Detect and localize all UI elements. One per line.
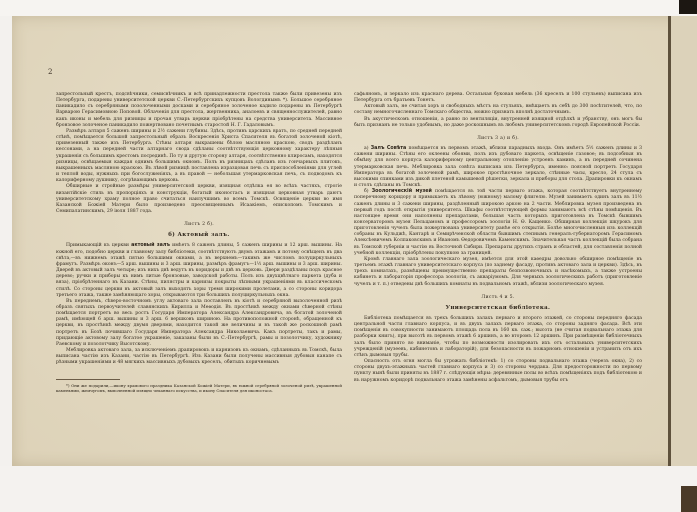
paragraph: б) Зоологическій музей помѣщается въ той… [354, 189, 642, 257]
paragraph: Опасность отъ огня могла бы угрожать биб… [354, 359, 642, 384]
paragraph: Примыкающій къ церкви актовый залъ имѣет… [56, 243, 342, 298]
section-heading: б) Актовый залъ. [56, 232, 342, 238]
plate-caption: Листъ 4 и 5. [354, 295, 642, 301]
text-run: помѣщается въ той части перваго этажа, к… [354, 189, 642, 256]
text-run: имѣетъ 8 саженъ длины, 5 саженъ ширины и… [56, 243, 342, 297]
section-heading: Университетская библіотека. [354, 305, 642, 311]
right-text-column: сафьяномъ, и зеркало изъ краснаго дерева… [354, 92, 642, 384]
paragraph: а) Залъ Совѣта помѣщается въ первомъ эта… [354, 146, 642, 189]
footnote: *) Они же подарили,—икону храмового праз… [56, 383, 342, 393]
page-number: 2 [48, 68, 52, 76]
paragraph: сафьяномъ, и зеркало изъ краснаго дерева… [354, 92, 642, 104]
paragraph: Кромѣ главнаго зала зоологическаго музея… [354, 257, 642, 288]
bold-term: Зоологическій музей [372, 189, 432, 194]
scan-top-margin [0, 0, 697, 16]
bold-term: Залъ Совѣта [371, 146, 407, 151]
paragraph: Меблировка актоваго зала, за исключеніем… [56, 348, 342, 366]
paragraph: Актовый залъ, не считая хоръ и свободных… [354, 104, 642, 116]
paragraph: Въ акустическомъ отношеніи, а равно по в… [354, 117, 642, 129]
text-run: Примыкающій къ церкви [66, 243, 131, 248]
footnote-divider [56, 379, 120, 380]
paragraph: Размѣръ алтаря 5 саженъ ширины и 2½ саже… [56, 129, 342, 184]
plate-caption: Листъ 2 б). [56, 222, 342, 228]
paragraph: запрестольный крестъ, подсвѣчники, семис… [56, 92, 342, 129]
bold-term: актовый залъ [131, 243, 170, 248]
scan-edge-shadow [681, 486, 697, 512]
text-run: б) [364, 189, 372, 194]
paragraph: Библіотека помѣщается въ трехъ большихъ … [354, 316, 642, 359]
scan-edge-shadow [679, 0, 697, 14]
plate-caption: Листъ 3 а) и б). [354, 136, 642, 142]
next-page-edge [671, 16, 697, 472]
text-run: помѣщается въ первомъ этажѣ, вблизи пара… [354, 146, 642, 188]
text-run: а) [364, 146, 371, 151]
left-text-column: запрестольный крестъ, подсвѣчники, семис… [56, 92, 342, 393]
scan-bottom-margin [0, 466, 697, 512]
paragraph: Въ переднемъ, сѣверо-восточномъ углу акт… [56, 299, 342, 348]
paragraph: Обширные и стройные размѣры университетс… [56, 184, 342, 215]
